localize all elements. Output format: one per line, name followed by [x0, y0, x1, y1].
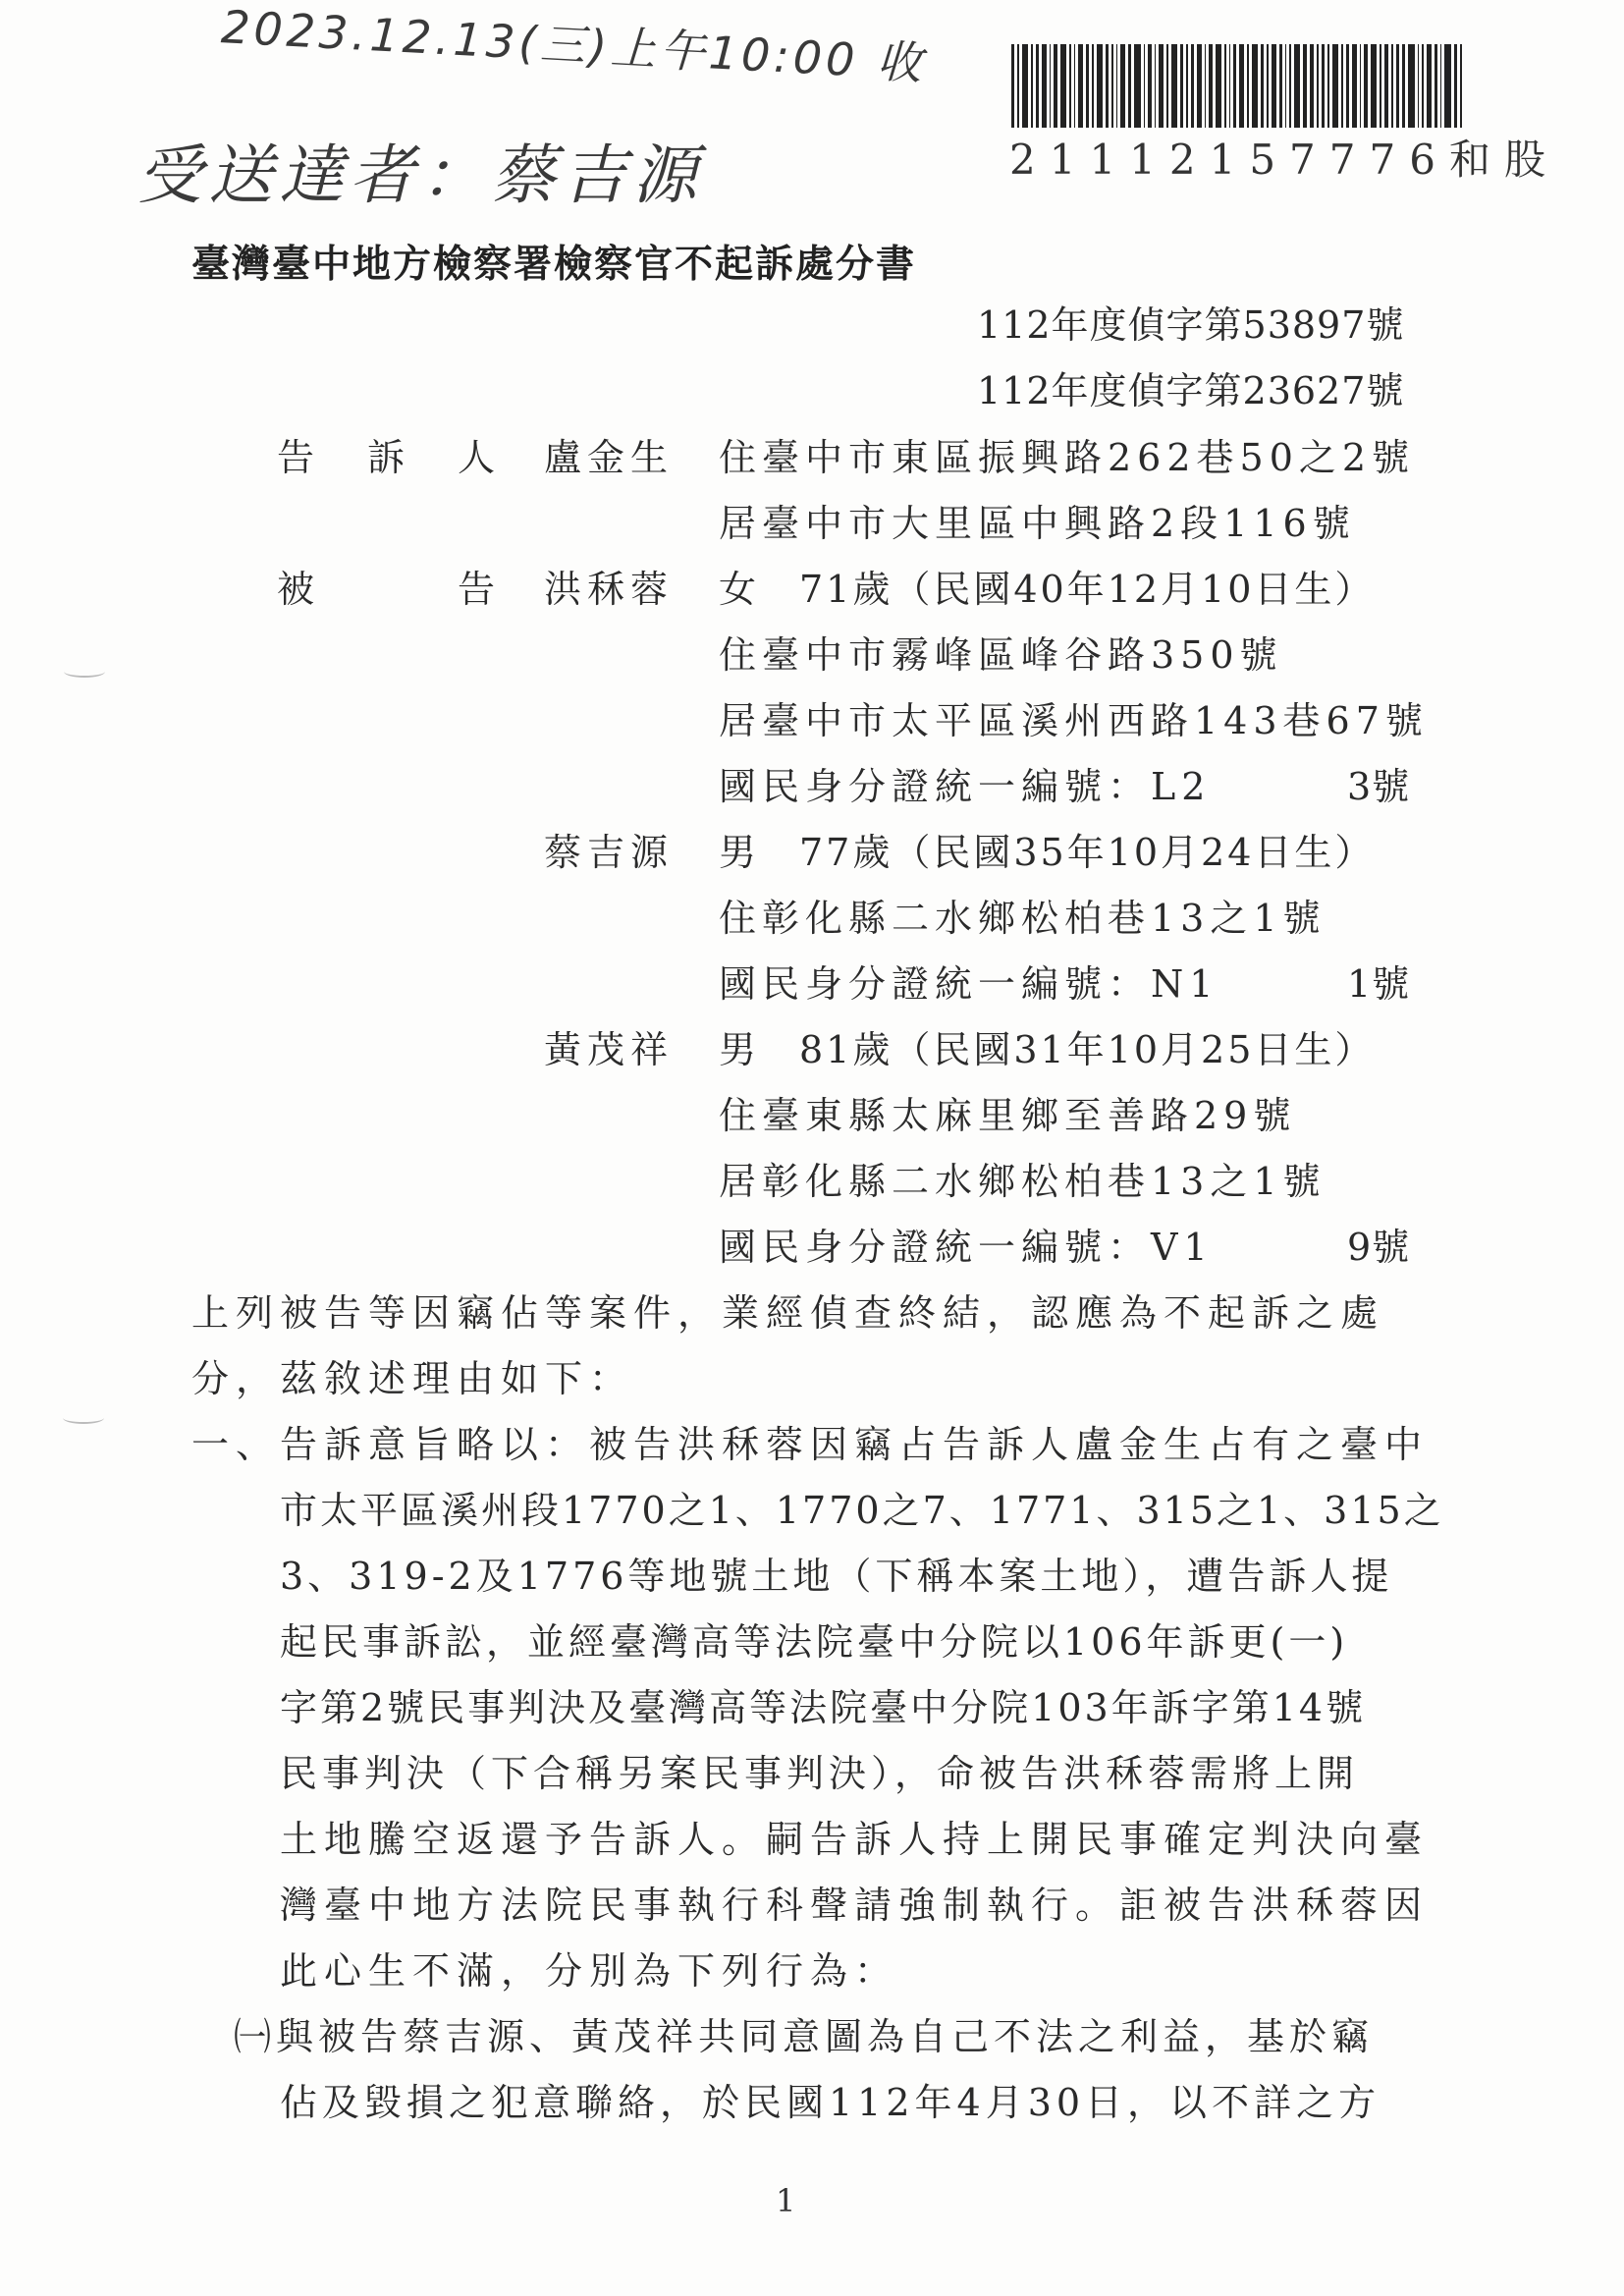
section-1-line-2: 市太平區溪州段1770之1、1770之7、1771、315之1、315之	[280, 1480, 1444, 1534]
section-1-line-6: 民事判決（下合稱另案民事判決），命被告洪秝蓉需將上開	[280, 1743, 1359, 1797]
section-1-line-1: 一、告訴意旨略以：被告洪秝蓉因竊占告訴人盧金生占有之臺中	[191, 1414, 1429, 1468]
defendant-1-living-address: 居臺中市太平區溪州西路143巷67號	[719, 690, 1429, 744]
complainant-role-label: 告 訴 人	[277, 427, 503, 481]
section-1-line-3: 3、319-2及1776等地號土地（下稱本案土地），遭告訴人提	[280, 1546, 1392, 1600]
defendant-1-name: 洪秝蓉	[544, 559, 674, 613]
section-1-line-5: 字第2號民事判決及臺灣高等法院臺中分院103年訴字第14號	[280, 1677, 1366, 1731]
complainant-living-address: 居臺中市大里區中興路2段116號	[719, 493, 1356, 547]
defendant-2-id: 國民身分證統一編號：N1	[719, 954, 1218, 1008]
section-1-line-4: 起民事訴訟，並經臺灣高等法院臺中分院以106年訴更(一)	[280, 1612, 1348, 1666]
defendant-1-id: 國民身分證統一編號：L2	[719, 756, 1211, 810]
defendant-3-name: 黃茂祥	[544, 1019, 674, 1073]
case-number-2: 112年度偵字第23627號	[977, 360, 1404, 414]
defendant-2-info: 男 77歲（民國35年10月24日生）	[719, 822, 1375, 876]
defendant-2-residence: 住彰化縣二水鄉松柏巷13之1號	[719, 888, 1326, 942]
defendant-1-id-suffix: 3號	[1347, 756, 1410, 810]
section-1-line-7: 土地騰空返還予告訴人。嗣告訴人持上開民事確定判決向臺	[280, 1809, 1429, 1863]
page-number: 1	[776, 2182, 795, 2219]
defendant-2-id-suffix: 1號	[1347, 954, 1410, 1008]
defendant-1-residence: 住臺中市霧峰區峰谷路350號	[719, 625, 1283, 679]
subsection-1-line-1: ㈠與被告蔡吉源、黃茂祥共同意圖為自己不法之利益，基於竊	[234, 2006, 1374, 2060]
defendant-3-id: 國民身分證統一編號：V1	[719, 1217, 1214, 1271]
barcode-digits: 21112157776	[1009, 136, 1449, 184]
defendant-3-residence: 住臺東縣太麻里鄉至善路29號	[719, 1085, 1296, 1139]
punch-hole-mark	[63, 1412, 104, 1424]
barcode-suffix: 和股	[1449, 136, 1559, 184]
document-title: 臺灣臺中地方檢察署檢察官不起訴處分書	[191, 234, 916, 289]
barcode-number: 21112157776和股	[1009, 128, 1559, 187]
defendant-3-info: 男 81歲（民國31年10月25日生）	[719, 1019, 1375, 1073]
barcode-image	[1011, 44, 1473, 128]
intro-line-2: 分，茲敘述理由如下：	[191, 1348, 633, 1402]
defendants-label: 被 告	[277, 559, 503, 613]
case-number-1: 112年度偵字第53897號	[977, 295, 1404, 349]
complainant-name: 盧金生	[544, 427, 674, 481]
defendant-3-id-suffix: 9號	[1347, 1217, 1410, 1271]
defendant-2-name: 蔡吉源	[544, 822, 674, 876]
defendant-3-living-address: 居彰化縣二水鄉松柏巷13之1號	[719, 1151, 1326, 1205]
handwritten-receipt-date: 2023.12.13(三)上午10:00 收	[220, 0, 928, 93]
handwritten-recipient: 受送達者：蔡吉源	[137, 123, 703, 216]
intro-line-1: 上列被告等因竊佔等案件，業經偵查終結，認應為不起訴之處	[191, 1283, 1384, 1337]
section-1-line-8: 灣臺中地方法院民事執行科聲請強制執行。詎被告洪秝蓉因	[280, 1875, 1429, 1929]
punch-hole-mark	[64, 666, 105, 678]
section-1-line-9: 此心生不滿，分別為下列行為：	[280, 1941, 898, 1995]
defendant-1-info: 女 71歲（民國40年12月10日生）	[719, 559, 1375, 613]
complainant-residence: 住臺中市東區振興路262巷50之2號	[719, 427, 1415, 481]
subsection-1-line-2: 佔及毀損之犯意聯絡，於民國112年4月30日，以不詳之方	[280, 2072, 1380, 2126]
